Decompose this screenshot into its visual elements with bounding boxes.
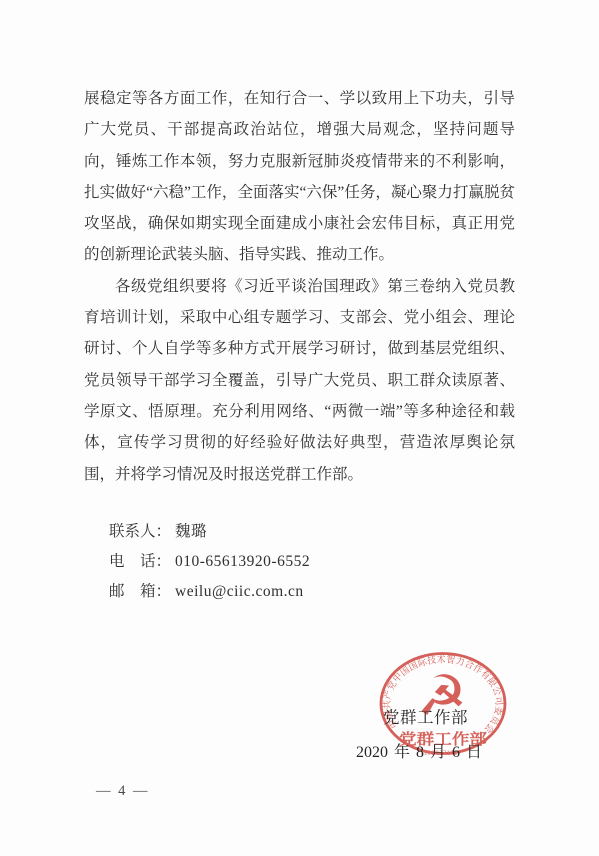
contact-person-label: 联系人：: [109, 517, 171, 547]
contact-email-label: 邮 箱：: [109, 577, 171, 607]
page-number: — 4 —: [96, 783, 150, 800]
document-page: 展稳定等各方面工作，在知行合一、学以致用上下功夫，引导广大党员、干部提高政治站位…: [0, 0, 599, 856]
contact-phone-label: 电 话：: [109, 547, 171, 577]
contact-phone-row: 电 话：010-65613920-6552: [109, 547, 310, 577]
contact-email-value: weilu@ciic.com.cn: [175, 577, 304, 607]
signature-date: 2020 年 8 月 6 日: [356, 739, 482, 762]
contact-phone-value: 010-65613920-6552: [175, 547, 310, 577]
paragraph: 各级党组织要将《习近平谈治国理政》第三卷纳入党员教育培训计划，采取中心组专题学习…: [84, 271, 515, 490]
document-body: 展稳定等各方面工作，在知行合一、学以致用上下功夫，引导广大党员、干部提高政治站位…: [84, 83, 515, 490]
contact-block: 联系人：魏璐 电 话：010-65613920-6552 邮 箱：weilu@c…: [109, 517, 310, 607]
contact-email-row: 邮 箱：weilu@ciic.com.cn: [109, 577, 310, 607]
paragraph-continuation: 展稳定等各方面工作，在知行合一、学以致用上下功夫，引导广大党员、干部提高政治站位…: [84, 83, 515, 271]
contact-person-row: 联系人：魏璐: [109, 517, 310, 547]
contact-person-value: 魏璐: [175, 517, 207, 547]
signature-department: 党群工作部: [383, 704, 468, 728]
